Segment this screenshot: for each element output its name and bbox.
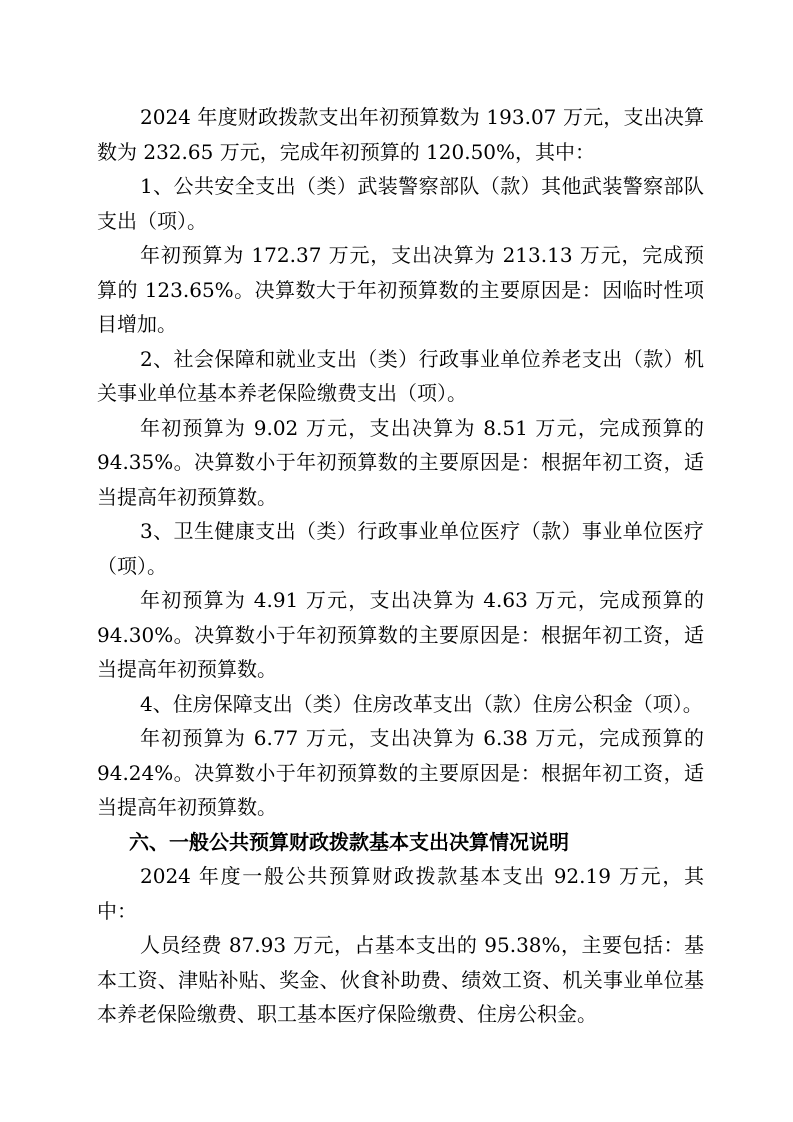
para-item3-health-detail: 年初预算为 4.91 万元，支出决算为 4.63 万元，完成预算的 94.30%… <box>97 583 704 687</box>
para-item2-social-security-title: 2、社会保障和就业支出（类）行政事业单位养老支出（款）机关事业单位基本养老保险缴… <box>97 342 704 411</box>
para-item4-housing-title: 4、住房保障支出（类）住房改革支出（款）住房公积金（项）。 <box>97 687 704 722</box>
para-item3-health-title: 3、卫生健康支出（类）行政事业单位医疗（款）事业单位医疗（项）。 <box>97 514 704 583</box>
document-content: 2024 年度财政拨款支出年初预算数为 193.07 万元，支出决算数为 232… <box>97 100 704 1032</box>
document-page: 2024 年度财政拨款支出年初预算数为 193.07 万元，支出决算数为 232… <box>0 0 793 1122</box>
para-item1-public-security-detail: 年初预算为 172.37 万元，支出决算为 213.13 万元，完成预算的 12… <box>97 238 704 342</box>
para-fiscal-expenditure-overview: 2024 年度财政拨款支出年初预算数为 193.07 万元，支出决算数为 232… <box>97 100 704 169</box>
heading-section-six-basic-expenditure: 六、一般公共预算财政拨款基本支出决算情况说明 <box>97 825 704 860</box>
para-basic-expenditure-overview: 2024 年度一般公共预算财政拨款基本支出 92.19 万元，其中： <box>97 859 704 928</box>
para-item2-social-security-detail: 年初预算为 9.02 万元，支出决算为 8.51 万元，完成预算的 94.35%… <box>97 411 704 515</box>
para-item1-public-security-title: 1、公共安全支出（类）武装警察部队（款）其他武装警察部队支出（项）。 <box>97 169 704 238</box>
para-item4-housing-detail: 年初预算为 6.77 万元，支出决算为 6.38 万元，完成预算的 94.24%… <box>97 721 704 825</box>
para-personnel-expense-detail: 人员经费 87.93 万元，占基本支出的 95.38%，主要包括：基本工资、津贴… <box>97 928 704 1032</box>
